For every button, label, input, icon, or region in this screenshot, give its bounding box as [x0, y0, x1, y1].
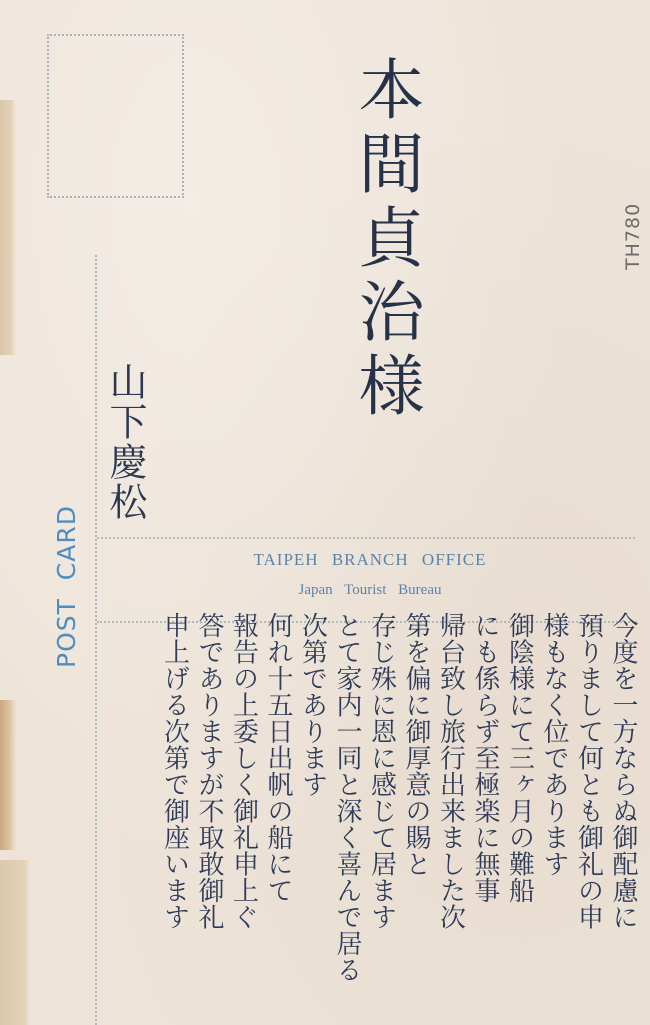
edge-stain [0, 860, 30, 1025]
edge-stain [0, 100, 16, 355]
message-column: 預りまして何とも御礼の申 [571, 612, 606, 1017]
message-column: 様もなく位であります [537, 612, 572, 1017]
message-column: 答でありますが不取敢御礼 [192, 612, 227, 1017]
divider-vertical [95, 255, 97, 1025]
divider-horizontal-top [97, 537, 635, 539]
post-card-label: POST CARD [52, 505, 81, 668]
message-column: 存じ殊に恩に感じて居ます [364, 612, 399, 1017]
message-column: とて家内一同と深く喜んで居る [330, 612, 365, 1017]
sender-name: 山下慶松 [98, 362, 153, 522]
message-column: 今度を一方ならぬ御配慮に [606, 612, 641, 1017]
handwritten-message: 今度を一方ならぬ御配慮に 預りまして何とも御礼の申 様もなく位であります 御陰様… [157, 612, 640, 1017]
stamp-box [47, 34, 184, 198]
message-column: 次第であります [295, 612, 330, 1017]
message-column: 申上げる次第で御座います [157, 612, 192, 1017]
bureau-name: Japan Tourist Bureau [200, 582, 540, 599]
office-name: TAIPEH BRANCH OFFICE [200, 550, 540, 570]
message-column: 報告の上委しく御礼申上ぐ [226, 612, 261, 1017]
message-column: にも係らず至極楽に無事 [468, 612, 503, 1017]
recipient-address: 本間貞治様 [338, 55, 433, 425]
message-column: 帰台致し旅行出来ました次 [433, 612, 468, 1017]
message-column: 第を偏に御厚意の賜と [399, 612, 434, 1017]
postcard-back: POST CARD TAIPEH BRANCH OFFICE Japan Tou… [0, 0, 650, 1025]
message-column: 何れ十五日出帆の船にて [261, 612, 296, 1017]
edge-stain [0, 700, 16, 850]
printed-header: TAIPEH BRANCH OFFICE Japan Tourist Burea… [200, 550, 540, 599]
message-column: 御陰様にて三ヶ月の難船 [502, 612, 537, 1017]
catalog-number: TH780 [622, 203, 644, 270]
